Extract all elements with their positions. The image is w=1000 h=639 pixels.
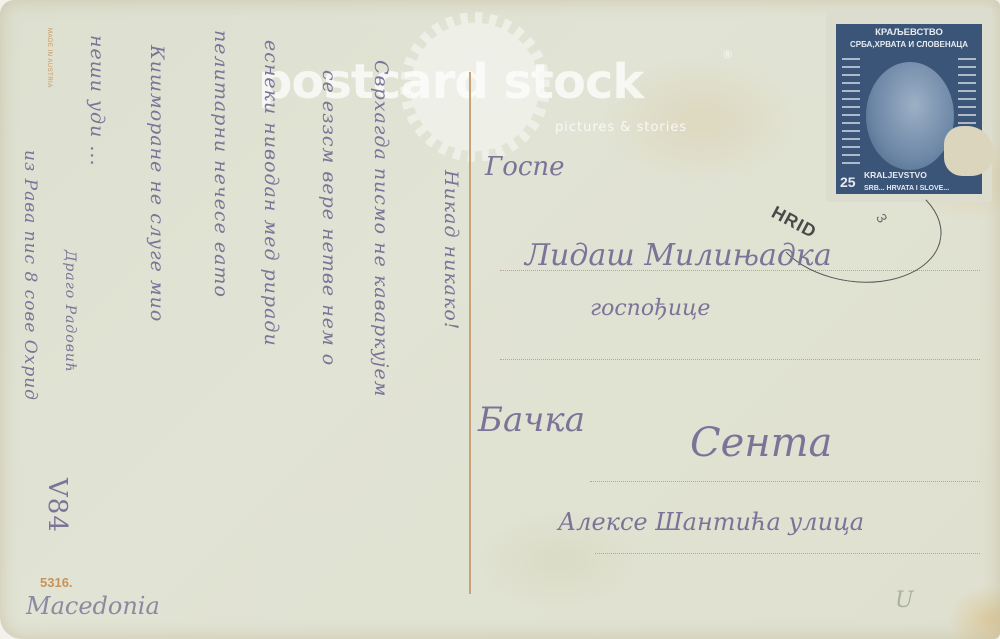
- address-line-3: [590, 481, 980, 482]
- address-line-4: [595, 553, 980, 554]
- message-annotation: V84: [42, 478, 72, 533]
- message-signature: Драго Радовић: [62, 250, 78, 373]
- stamp-header: КРАЉЕВСТВО СРБА,ХРВАТА И СЛОВЕНАЦА: [836, 27, 982, 51]
- watermark-brand: postcard stock: [258, 54, 643, 110]
- center-divider: [469, 72, 471, 594]
- message-line-3: се еззсм вере нетве нем о: [318, 70, 340, 366]
- address-region: Бачка: [478, 400, 585, 440]
- message-line-9: из Рава пис 8 сове Охрид: [20, 150, 40, 401]
- made-in-label: MADE IN AUSTRIA: [46, 28, 52, 88]
- message-line-4: еснеки ниводан мед риради: [260, 40, 282, 347]
- king-portrait-icon: [866, 62, 954, 170]
- address-recipient: Лидаш Милињадка: [525, 238, 832, 273]
- stamp-header-line1: КРАЉЕВСТВО: [836, 27, 982, 39]
- watermark-tagline: pictures & stories: [555, 120, 687, 135]
- location-note: Macedonia: [26, 592, 160, 620]
- stamp-damage: [944, 126, 994, 176]
- stamp-ornament-left: [842, 58, 860, 170]
- postcard-back: postcard stock ® pictures & stories MADE…: [0, 0, 1000, 639]
- message-line-2: Сврхагда писмо не каваркујем: [370, 60, 392, 397]
- stamp-header-line2: СРБА,ХРВАТА И СЛОВЕНАЦА: [836, 39, 982, 51]
- address-title: госпођице: [590, 296, 710, 321]
- message-line-7: неши уди ...: [86, 35, 108, 167]
- address-line-2: [500, 359, 980, 360]
- watermark-registered: ®: [722, 48, 733, 61]
- catalog-number: 5316.: [40, 575, 73, 590]
- address-salutation: Госпе: [485, 152, 565, 182]
- address-street: Алексе Шантића улица: [558, 508, 864, 536]
- message-line-5: пелитарни нечесе еато: [210, 30, 232, 298]
- address-town: Сента: [690, 420, 832, 466]
- message-line-6: Кишморане не слуге мио: [146, 45, 168, 322]
- message-line-1: Никад никако!: [440, 170, 462, 330]
- pencil-mark: U: [895, 588, 914, 613]
